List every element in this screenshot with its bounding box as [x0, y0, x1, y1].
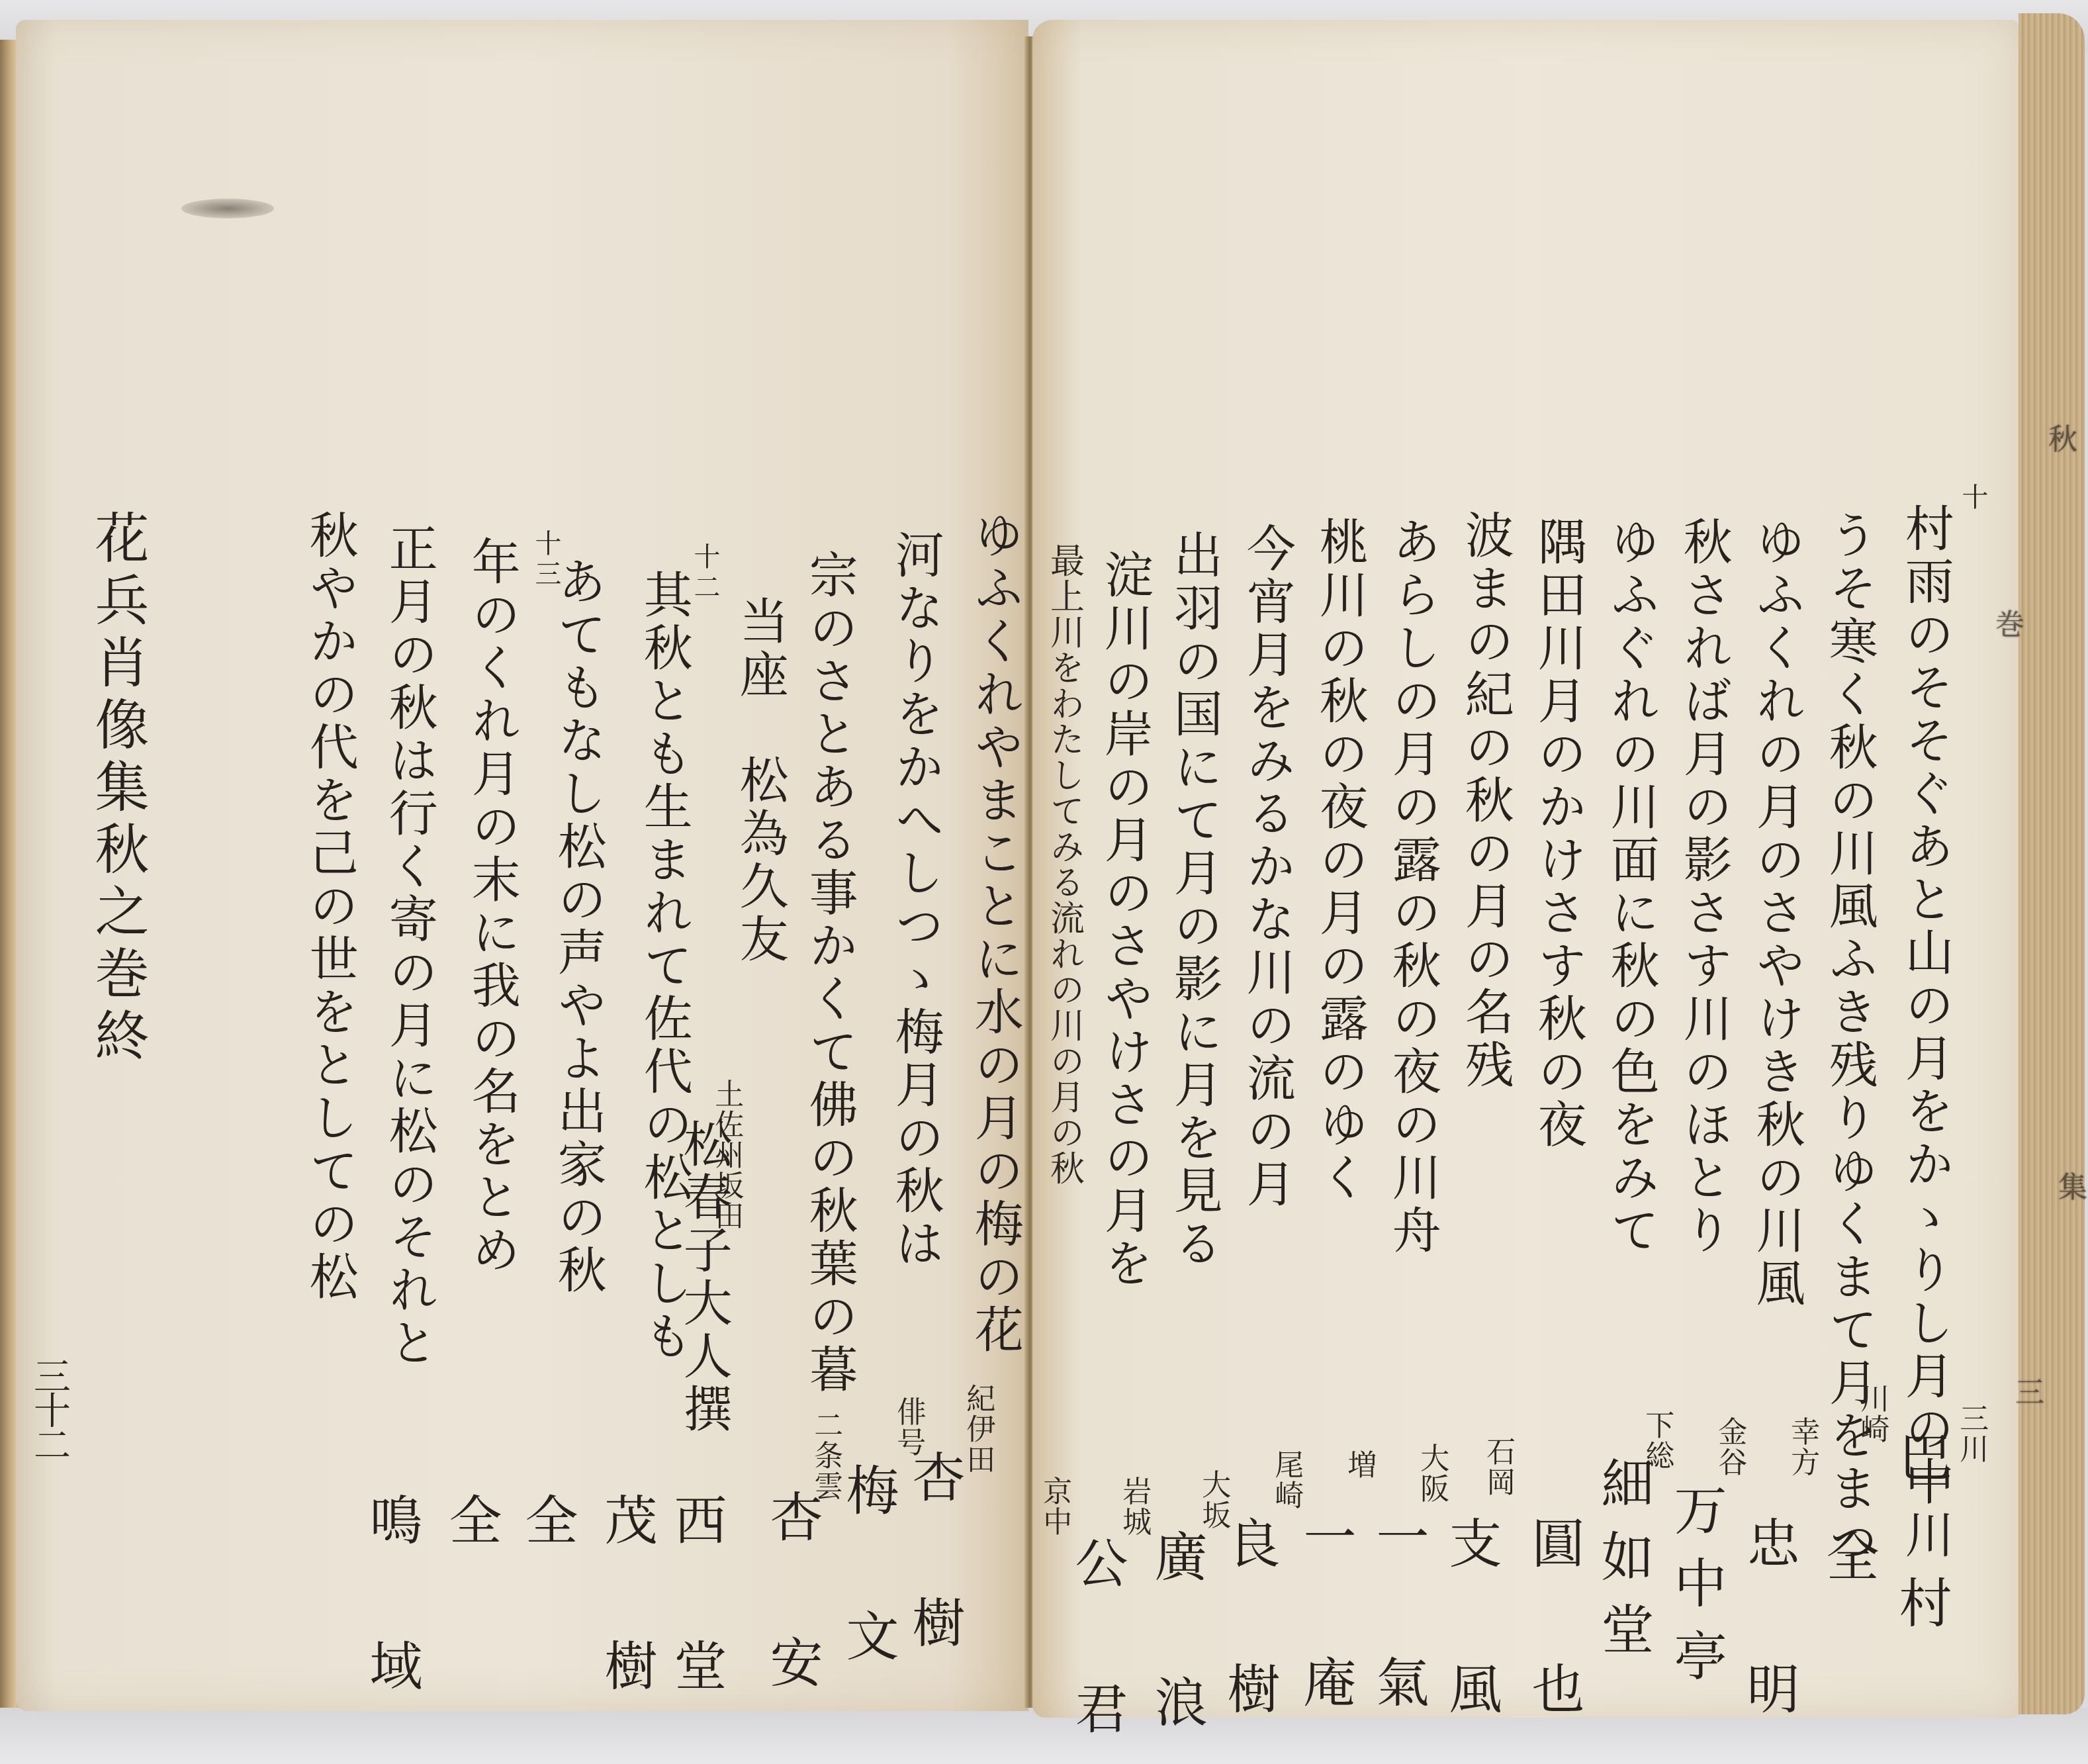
book-fore-edge: 秋 巻 集 三	[2019, 13, 2085, 1714]
signature-name: 一 氣	[1370, 1509, 1426, 1728]
signature-name: 鳴 域	[363, 1493, 419, 1711]
signature-name: 杏 安	[764, 1489, 819, 1708]
left-page: 三十二 花兵肖像集秋之巻終 ゆふくれやまことに水の月の梅の花 河なりをかへしつゝ…	[16, 20, 1028, 1711]
column-marker: 十二	[691, 543, 719, 604]
signature-place: 京中	[1039, 1476, 1069, 1537]
signature-name: 公 君	[1069, 1536, 1124, 1754]
fore-edge-label: 集	[2055, 1172, 2084, 1197]
text-column: 出羽の国にて月の影に月を見る	[1168, 530, 1220, 1271]
signature-name: 全	[519, 1493, 574, 1565]
right-page: 十 村雨のそそぐあと山の月をかゝりし月の中川 うそ寒く秋の川風ふき残りゆくまて月…	[1032, 20, 2019, 1718]
text-column: ゆふくれやまことに水の月の梅の花	[969, 510, 1021, 1357]
text-column: 最上川をわたしてみる流れの川の月の秋	[1046, 543, 1082, 1186]
signature-name: 廣 浪	[1148, 1529, 1204, 1747]
margin-page-number: 三十二	[23, 1357, 75, 1460]
signature-name: 梅 文	[840, 1463, 895, 1681]
editor-credit-text: 当座 松為久友	[732, 596, 789, 966]
column-marker: 十三	[532, 530, 560, 590]
signature-place: 三川	[1956, 1403, 1986, 1464]
signature-name: 茂 樹	[598, 1493, 654, 1711]
text-column: 宗のさとある事かくて佛の秋葉の暮	[803, 549, 855, 1397]
signature-name: 一 庵	[1297, 1509, 1353, 1728]
signature-name: 巴 村	[1893, 1430, 1948, 1648]
text-column: 隅田川月のかけさす秋の夜	[1532, 516, 1584, 1152]
fore-edge-label: 三	[2012, 1377, 2041, 1402]
fore-edge-label: 秋	[2045, 424, 2074, 449]
editor-credit: 当座 松為久友	[734, 596, 786, 966]
signature-place: 増	[1343, 1450, 1374, 1480]
text-column: 今宵月をみるかな川の流の月	[1241, 523, 1293, 1211]
signature-name: 良 樹	[1221, 1516, 1277, 1734]
signature-place: 石岡	[1482, 1436, 1513, 1497]
text-column: 村雨のそそぐあと山の月をかゝりし月の中川	[1899, 503, 1951, 1562]
column-marker: 十	[1959, 483, 1987, 514]
signature-name: 杏 樹	[906, 1450, 962, 1668]
text-column: 淀川の岸の月のさやけさの月を	[1099, 549, 1150, 1291]
signature-place: 幸方	[1787, 1416, 1817, 1477]
text-column: 秋やかの代を己の世をとしての松	[304, 510, 355, 1304]
text-column: 河なりをかへしつゝ梅月の秋は	[889, 530, 941, 1271]
signature-place: 尾崎	[1271, 1450, 1301, 1510]
text-column: 桃川の秋の夜の月の露のゆく	[1314, 516, 1365, 1205]
signature-name: 支 風	[1443, 1516, 1498, 1734]
signature-name: 圓 也	[1525, 1516, 1581, 1734]
text-column: あてもなし松の声やよ出家の秋	[552, 556, 604, 1297]
signature-place: 二条雲	[810, 1410, 840, 1501]
signature-name: 万中亭	[1668, 1483, 1723, 1701]
signature-place: 金谷	[1714, 1416, 1745, 1477]
text-column: ゆふぐれの川面に秋の色をみて	[1605, 516, 1657, 1258]
text-column: 正月の秋は行く寄の月に松のそれと	[383, 523, 435, 1370]
text-column: あらしの月の露の秋の夜の川舟	[1386, 516, 1438, 1258]
ink-stain	[181, 199, 274, 218]
text-column: 秋されば月の影さす川のほとり	[1678, 516, 1729, 1258]
signature-name: 全	[443, 1493, 498, 1565]
signature-name: 全	[1820, 1529, 1876, 1602]
fore-edge-label: 巻	[1992, 609, 2021, 634]
signature-place: 川崎	[1856, 1383, 1887, 1444]
signature-place: 岩城	[1118, 1476, 1149, 1537]
text-column: ゆふくれの月のさやけき秋の川風	[1750, 516, 1802, 1311]
signature-name: 西 堂	[668, 1493, 723, 1711]
signature-name: 忠 明	[1741, 1516, 1796, 1734]
signature-place: 大坂	[1198, 1469, 1228, 1530]
signature-place: 大阪	[1416, 1443, 1447, 1504]
text-column: 波まの紀の秋の月の名残	[1459, 510, 1511, 1092]
signature-name: 細如堂	[1595, 1456, 1651, 1675]
author-suffix: 撰	[676, 1383, 733, 1436]
colophon-title: 花兵肖像集秋之巻終	[89, 510, 146, 1070]
signature-place: 紀伊田	[962, 1383, 993, 1475]
text-column: 年のくれ月の末に我の名をとめ	[466, 536, 518, 1277]
signature-place: 俳号	[893, 1397, 923, 1458]
text-column: 其秋とも生まれて佐代の松としも	[638, 569, 690, 1364]
